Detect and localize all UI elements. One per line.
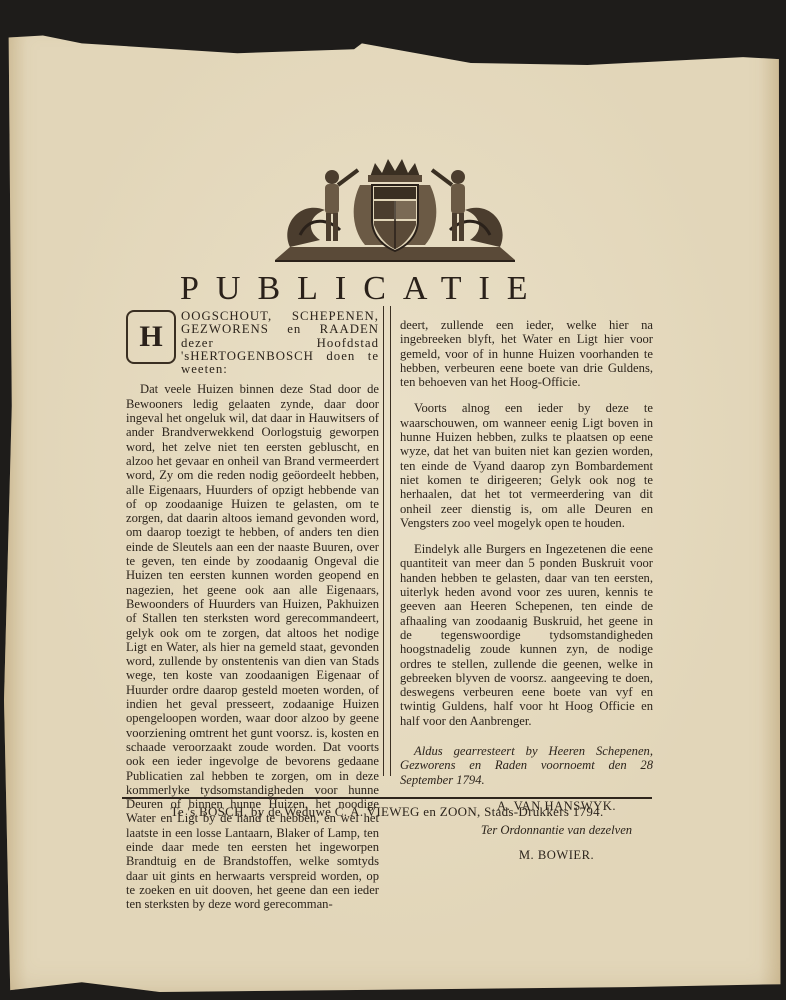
page-title: PUBLICATIE bbox=[180, 270, 600, 308]
right-column: deert, zullende een ieder, welke hier na… bbox=[400, 318, 653, 872]
coat-of-arms-icon bbox=[270, 155, 520, 265]
paragraph: Eindelyk alle Burgers en Ingezetenen die… bbox=[400, 542, 653, 728]
paragraph: deert, zullende een ieder, welke hier na… bbox=[400, 318, 653, 389]
ordonnance-line: Ter Ordonnantie van dezelven bbox=[460, 823, 653, 837]
decorated-initial: H bbox=[126, 310, 176, 364]
paragraph: Voorts alnog een ieder by deze te waarsc… bbox=[400, 401, 653, 530]
left-column: H OOGSCHOUT, SCHEPENEN, GEZWORENS en RAA… bbox=[126, 310, 379, 923]
proclamation-heading: OOGSCHOUT, SCHEPENEN, GEZWORENS en RAADE… bbox=[181, 310, 379, 376]
paragraph: Dat veele Huizen binnen deze Stad door d… bbox=[126, 382, 379, 911]
signatory-2: M. BOWIER. bbox=[460, 848, 653, 862]
enactment-clause: Aldus gearresteert by Heeren Schepenen, … bbox=[400, 744, 653, 787]
heading-block: H OOGSCHOUT, SCHEPENEN, GEZWORENS en RAA… bbox=[126, 310, 379, 376]
horizontal-rule bbox=[122, 797, 652, 799]
printer-imprint: Te 's BOSCH, by de Weduwe C. A. VIEWEG e… bbox=[122, 804, 652, 820]
column-divider bbox=[383, 306, 391, 776]
